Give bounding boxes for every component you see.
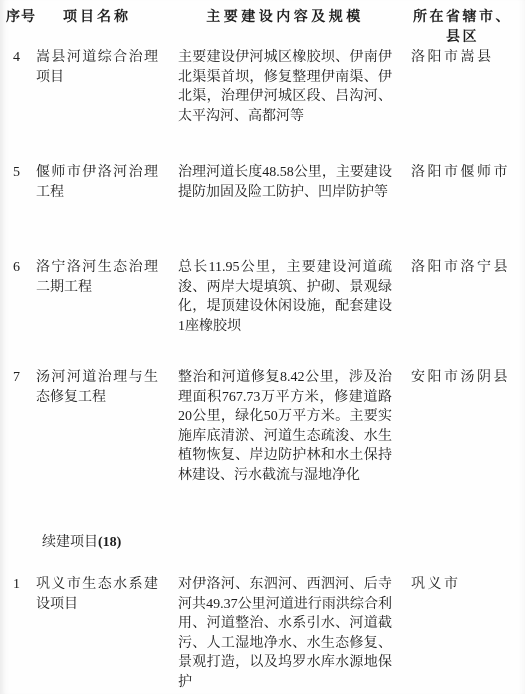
project-location: 洛阳市洛宁县 bbox=[411, 258, 523, 278]
header-col-location-line1: 所在省辖市、 bbox=[400, 8, 525, 28]
project-name: 偃师市伊洛河治理工程 bbox=[36, 163, 158, 202]
project-name: 汤河河道治理与生态修复工程 bbox=[36, 368, 158, 407]
row-number: 1 bbox=[13, 575, 37, 595]
project-location: 洛阳市偃师市 bbox=[411, 163, 523, 183]
row-number: 6 bbox=[13, 258, 37, 278]
section-count: (18) bbox=[98, 535, 121, 550]
header-col-location: 所在省辖市、 县区 bbox=[400, 8, 525, 47]
header-col-project-name: 项目名称 bbox=[36, 8, 158, 28]
project-content: 治理河道长度48.58公里，主要建设提防加固及险工防护、凹岸防护等 bbox=[178, 163, 392, 202]
project-name: 洛宁洛河生态治理二期工程 bbox=[36, 258, 158, 297]
project-content: 整治和河道修复8.42公里，涉及治理面积767.73万平方米，修建道路20公里，… bbox=[178, 368, 392, 485]
header-col-content: 主要建设内容及规模 bbox=[178, 8, 392, 28]
project-content: 对伊洛河、东泗河、西泗河、后寺河共49.37公里河道进行雨洪综合利用、河道整治、… bbox=[178, 575, 392, 692]
project-name: 嵩县河道综合治理项目 bbox=[36, 48, 158, 87]
section-title: 续建项目 bbox=[42, 535, 98, 550]
header-col-location-line2: 县区 bbox=[400, 28, 525, 48]
project-location: 安阳市汤阴县 bbox=[411, 368, 523, 388]
project-name: 巩义市生态水系建设项目 bbox=[36, 575, 158, 614]
row-number: 4 bbox=[13, 48, 37, 68]
section-header: 续建项目(18) bbox=[42, 533, 121, 553]
project-content: 主要建设伊河城区橡胶坝、伊南伊北渠渠首坝，修复整理伊南渠、伊北渠，治理伊河城区段… bbox=[178, 48, 392, 126]
row-number: 7 bbox=[13, 368, 37, 388]
document-page: 序号 项目名称 主要建设内容及规模 所在省辖市、 县区 4 嵩县河道综合治理项目… bbox=[0, 0, 525, 694]
project-content: 总长11.95公里，主要建设河道疏浚、两岸大堤填筑、护砌、景观绿化，堤顶建设休闲… bbox=[178, 258, 392, 336]
row-number: 5 bbox=[13, 163, 37, 183]
project-location: 洛阳市嵩县 bbox=[411, 48, 523, 68]
project-location: 巩义市 bbox=[411, 575, 523, 595]
